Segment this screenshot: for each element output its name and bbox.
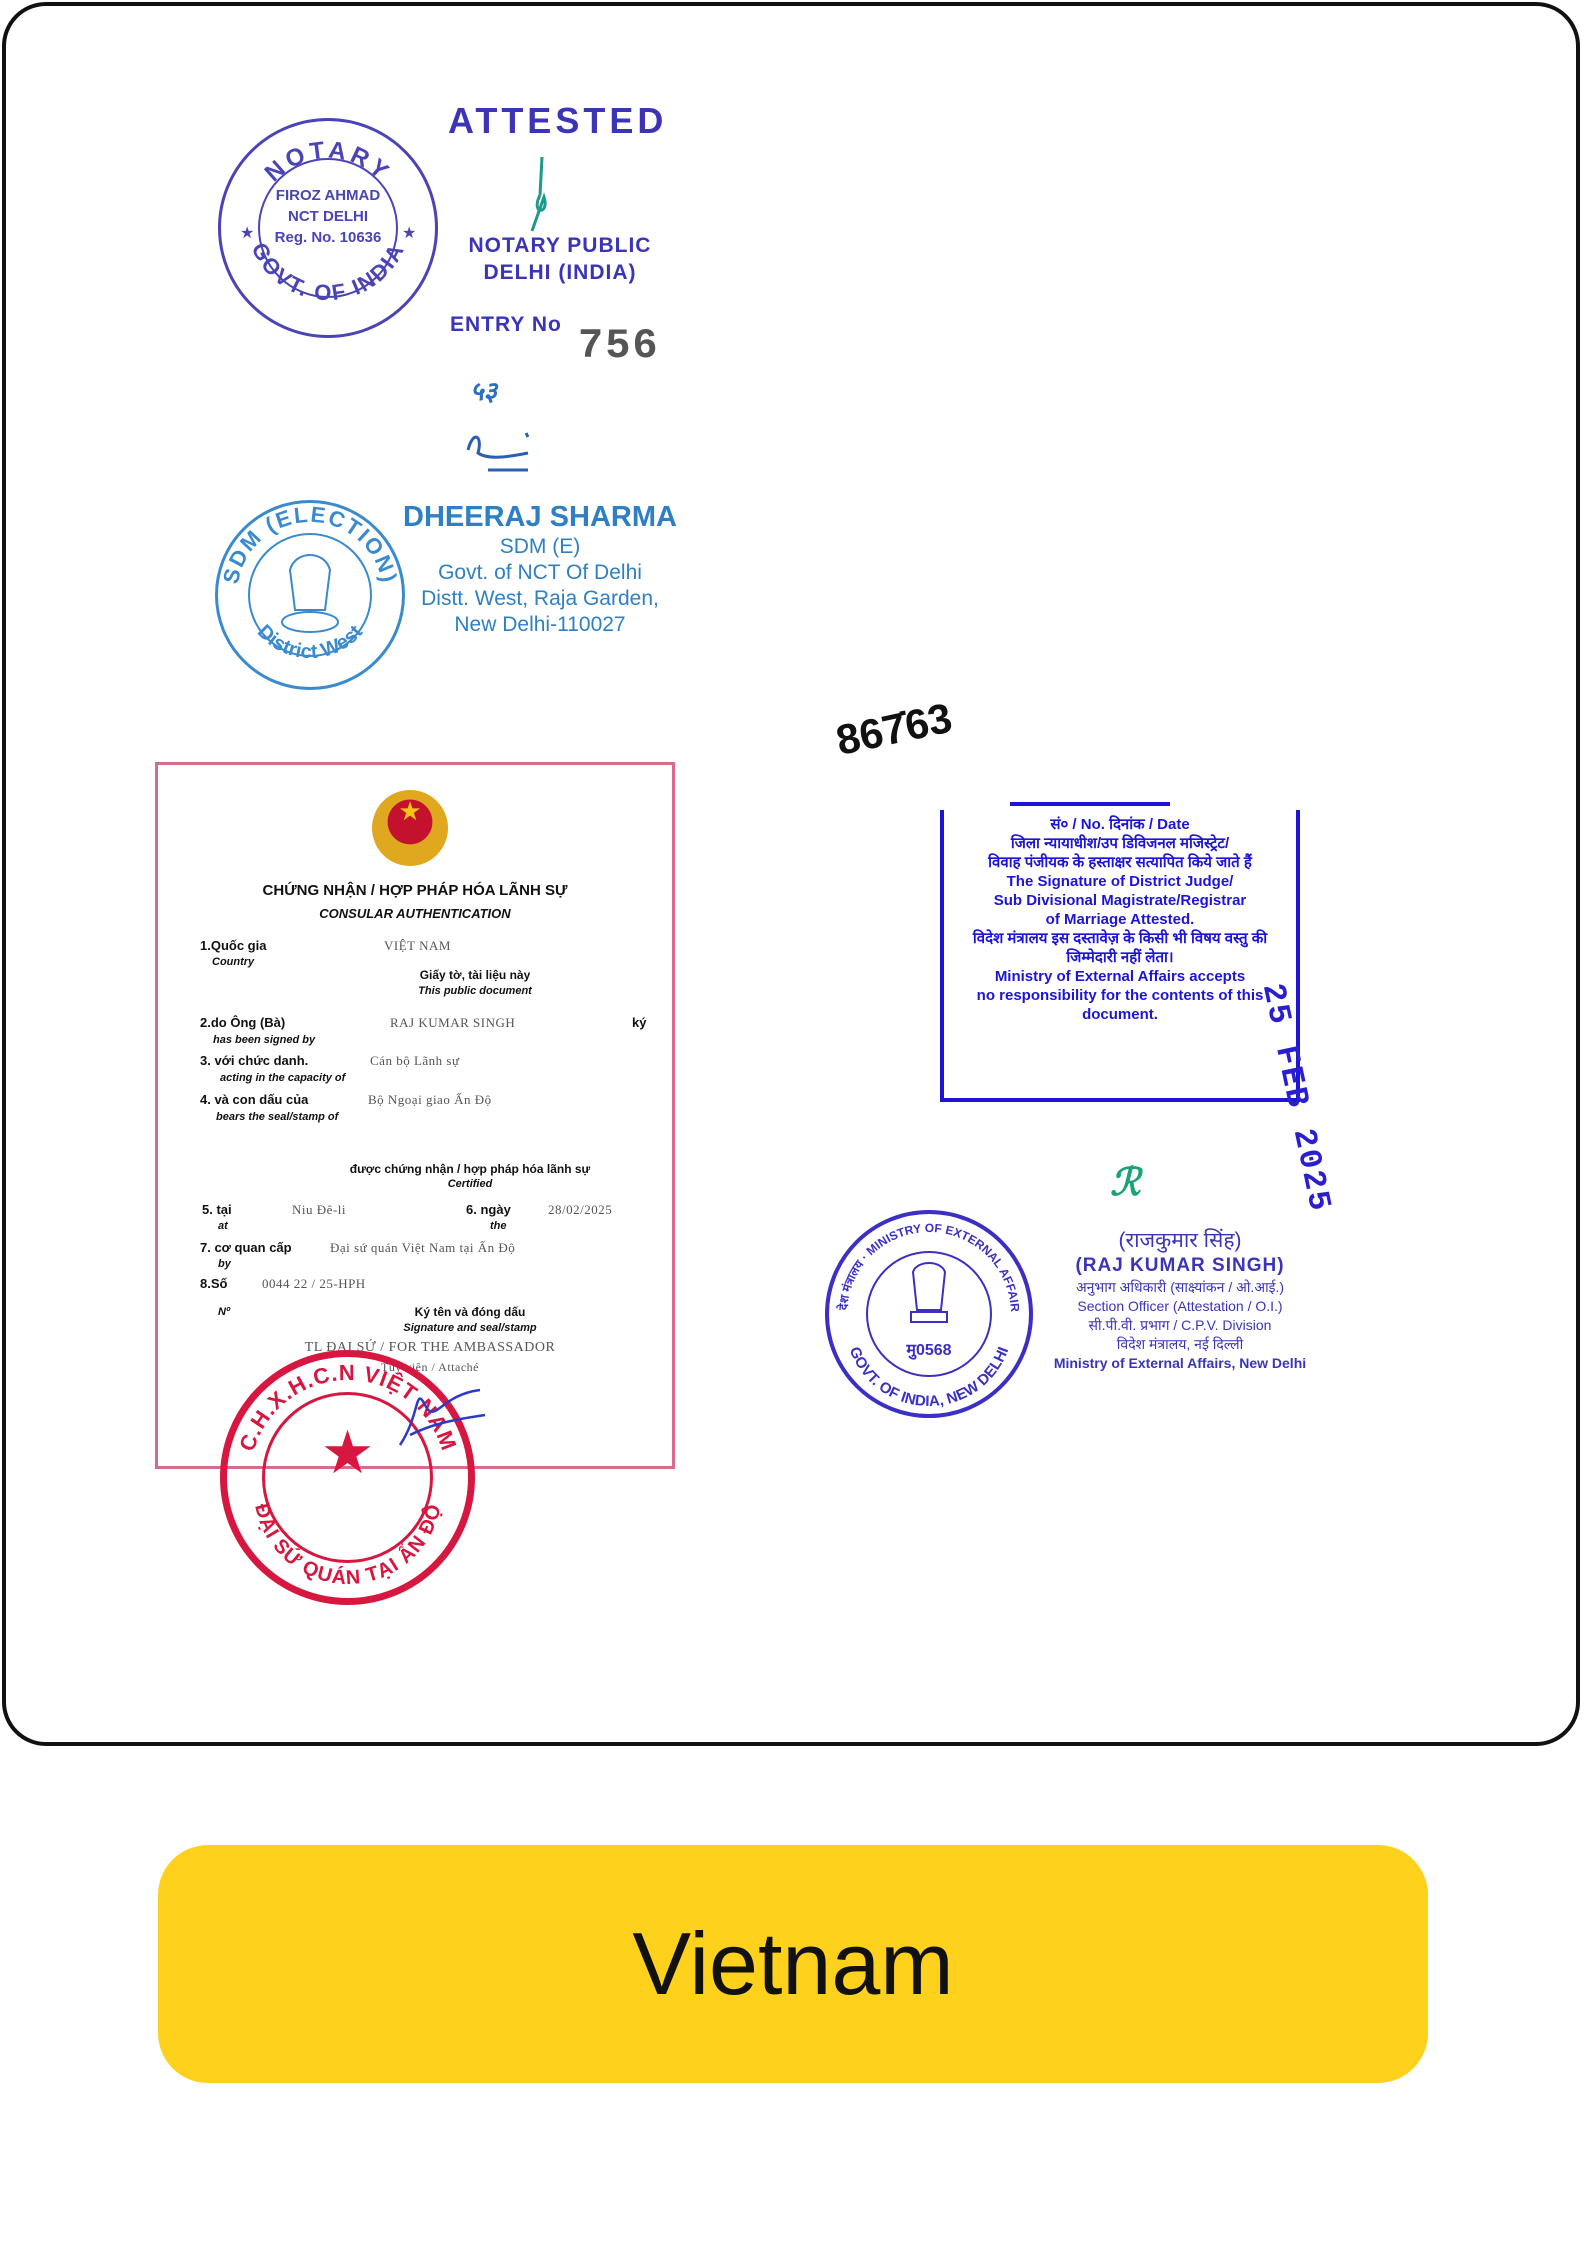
sdm-signature-icon [458, 425, 548, 495]
mea-box-text: सं० / No. दिनांक / Date जिला न्यायाधीश/उ… [940, 815, 1300, 1024]
notary-seal-center: FIROZ AHMAD NCT DELHI Reg. No. 10636 [258, 185, 398, 248]
svg-text:GOVT. OF INDIA: GOVT. OF INDIA [247, 238, 410, 305]
handwritten-mark: ५३ [470, 372, 497, 408]
sdm-seal-arc-text: SDM (ELECTION) District West [215, 500, 405, 690]
entry-number: 756 [578, 322, 660, 370]
notary-name: FIROZ AHMAD [258, 185, 398, 206]
mea-seal-number: मु0568 [866, 1338, 992, 1360]
notary-reg-no: Reg. No. 10636 [258, 227, 398, 248]
svg-text:NOTARY: NOTARY [260, 136, 397, 187]
svg-text:ĐẠI SỨ QUÁN TẠI ẤN ĐỘ: ĐẠI SỨ QUÁN TẠI ẤN ĐỘ [250, 1501, 446, 1589]
country-label-badge: Vietnam [158, 1845, 1428, 2083]
svg-text:SDM (ELECTION): SDM (ELECTION) [218, 502, 402, 587]
reference-number: 0044 22 / 25-HPH [262, 1276, 366, 1292]
mea-seal-arc-text: विदेश मंत्रालय · MINISTRY OF EXTERNAL AF… [825, 1210, 1033, 1418]
signer-value: RAJ KUMAR SINGH [390, 1015, 515, 1031]
consular-subtitle: CONSULAR AUTHENTICATION [155, 906, 675, 921]
sdm-officer-block: DHEERAJ SHARMA SDM (E) Govt. of NCT Of D… [420, 500, 660, 638]
notary-region: NCT DELHI [258, 206, 398, 227]
mea-officer-name: (RAJ KUMAR SINGH) [1030, 1254, 1330, 1278]
ashoka-emblem-icon [911, 1263, 947, 1322]
attested-heading: ATTESTED [448, 100, 667, 142]
sdm-officer-name: DHEERAJ SHARMA [400, 500, 680, 534]
entry-label: ENTRY No [450, 313, 562, 337]
notary-signature-icon [520, 155, 560, 235]
svg-text:★: ★ [240, 225, 254, 242]
certification-date: 28/02/2025 [548, 1202, 612, 1218]
svg-text:विदेश मंत्रालय · MINISTRY OF E: विदेश मंत्रालय · MINISTRY OF EXTERNAL AF… [825, 1210, 1022, 1313]
svg-text:District West: District West [253, 621, 367, 664]
officer-signature-icon: ℛ [1110, 1160, 1140, 1205]
notary-title: NOTARY PUBLIC DELHI (INDIA) [455, 232, 665, 286]
ambassador-signature-icon [380, 1375, 490, 1455]
country-value: VIỆT NAM [384, 938, 451, 954]
country-label-text: Vietnam [632, 1913, 953, 2015]
mea-officer-block: (राजकुमार सिंह) (RAJ KUMAR SINGH) अनुभाग… [1030, 1228, 1330, 1373]
emblem-star-icon: ★ [372, 796, 448, 827]
svg-text:★: ★ [402, 225, 416, 242]
ashoka-emblem-icon [282, 555, 338, 632]
mea-box-top-line [1010, 802, 1170, 806]
consular-title: CHỨNG NHẬN / HỢP PHÁP HÓA LÃNH SỰ [155, 882, 675, 899]
